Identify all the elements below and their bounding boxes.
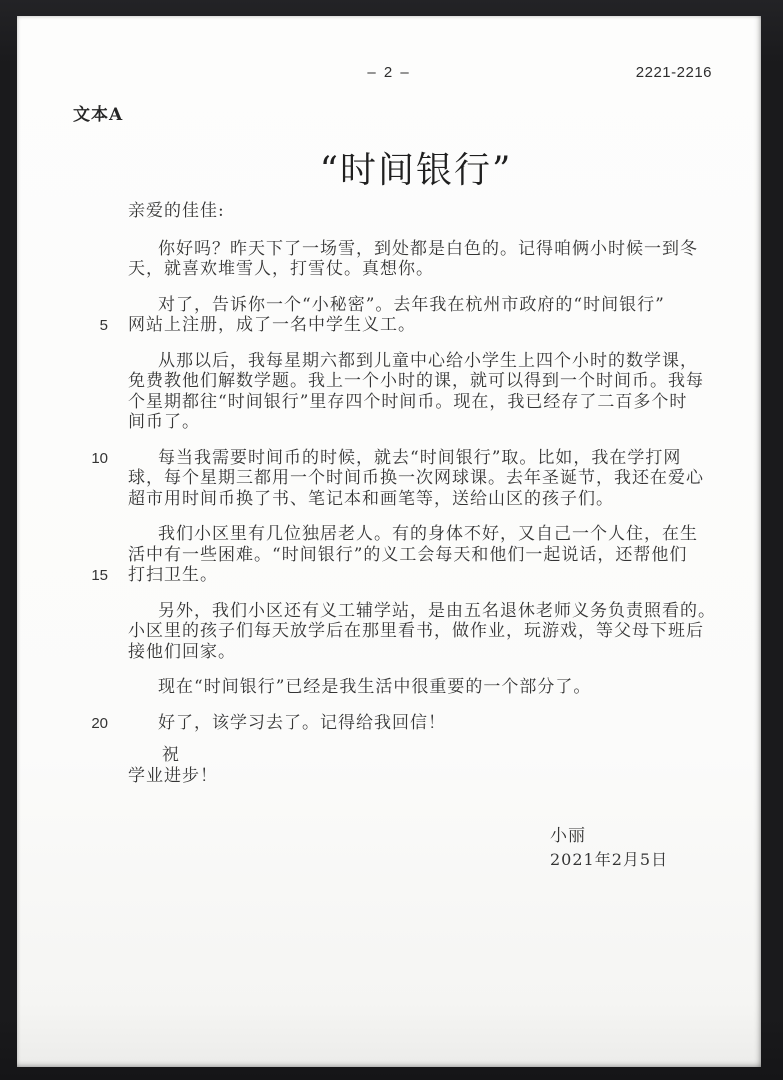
letter-line: 接他们回家。: [128, 642, 708, 663]
letter-line: 我们小区里有几位独居老人。有的身体不好，又自己一个人住，在生: [128, 524, 708, 545]
margin-line-number: 20: [84, 714, 108, 735]
signature-block: 小丽 2021年2月5日: [550, 825, 668, 871]
letter-paragraph: 现在“时间银行”已经是我生活中很重要的一个部分了。: [128, 677, 708, 698]
letter-line: 球，每个星期三都用一个时间币换一次网球课。去年圣诞节，我还在爱心: [128, 468, 708, 489]
letter-line: 另外，我们小区还有义工辅学站，是由五名退休老师义务负责照看的。: [128, 601, 708, 622]
letter-paragraph: 我们小区里有几位独居老人。有的身体不好，又自己一个人住，在生活中有一些困难。“时…: [128, 524, 708, 586]
letter-greeting: 亲爱的佳佳:: [128, 201, 708, 222]
section-label: 文本A: [73, 100, 123, 125]
letter-paragraph: 你好吗？昨天下了一场雪，到处都是白色的。记得咱俩小时候一到冬天，就喜欢堆雪人，打…: [128, 239, 708, 280]
letter-title: “时间银行”: [17, 142, 761, 193]
letter-paragraph: 每当我需要时间币的时候，就去“时间银行”取。比如，我在学打网10球，每个星期三都…: [128, 448, 708, 510]
letter-paragraph: 另外，我们小区还有义工辅学站，是由五名退休老师义务负责照看的。小区里的孩子们每天…: [128, 601, 708, 663]
margin-line-number: 15: [84, 566, 108, 587]
letter-line: 小区里的孩子们每天放学后在那里看书，做作业，玩游戏，等父母下班后: [128, 621, 708, 642]
letter-line: 现在“时间银行”已经是我生活中很重要的一个部分了。: [128, 677, 708, 698]
letter-line: 每当我需要时间币的时候，就去“时间银行”取。比如，我在学打网10: [128, 448, 708, 469]
letter-paragraph: 对了，告诉你一个“小秘密”。去年我在杭州市政府的“时间银行”网站上注册，成了一名…: [128, 295, 708, 336]
photo-background: – 2 – 2221-2216 文本A “时间银行” 亲爱的佳佳: 你好吗？昨天…: [0, 0, 783, 1080]
letter-line: 超市用时间币换了书、笔记本和画笔等，送给山区的孩子们。: [128, 489, 708, 510]
exam-page: – 2 – 2221-2216 文本A “时间银行” 亲爱的佳佳: 你好吗？昨天…: [17, 16, 761, 1067]
closing-salute: 祝: [128, 745, 708, 766]
letter-line: 网站上注册，成了一名中学生义工。5: [128, 315, 708, 336]
letter-line: 对了，告诉你一个“小秘密”。去年我在杭州市政府的“时间银行”: [128, 295, 708, 316]
closing-wish: 学业进步！: [128, 766, 708, 787]
letter-line: 打扫卫生。15: [128, 565, 708, 586]
letter-line: 天，就喜欢堆雪人，打雪仗。真想你。: [128, 259, 708, 280]
margin-line-number: 5: [84, 316, 108, 337]
letter-paragraph: 从那以后，我每星期六都到儿童中心给小学生上四个小时的数学课，免费教他们解数学题。…: [128, 351, 708, 433]
letter-body: 亲爱的佳佳: 你好吗？昨天下了一场雪，到处都是白色的。记得咱俩小时候一到冬天，就…: [128, 201, 708, 786]
letter-line: 间币了。: [128, 412, 708, 433]
doc-code: 2221-2216: [636, 64, 712, 81]
letter-line: 你好吗？昨天下了一场雪，到处都是白色的。记得咱俩小时候一到冬: [128, 239, 708, 260]
signature-date: 2021年2月5日: [550, 848, 668, 871]
letter-line: 个星期都往“时间银行”里存四个时间币。现在，我已经存了二百多个时: [128, 392, 708, 413]
letter-line: 活中有一些困难。“时间银行”的义工会每天和他们一起说话，还帮他们: [128, 545, 708, 566]
letter-line: 免费教他们解数学题。我上一个小时的课，就可以得到一个时间币。我每: [128, 371, 708, 392]
letter-line: 好了，该学习去了。记得给我回信！20: [128, 713, 708, 734]
letter-closing: 祝 学业进步！: [128, 745, 708, 786]
letter-paragraph: 好了，该学习去了。记得给我回信！20: [128, 713, 708, 734]
margin-line-number: 10: [84, 449, 108, 470]
signature-name: 小丽: [550, 825, 668, 848]
letter-paragraphs: 你好吗？昨天下了一场雪，到处都是白色的。记得咱俩小时候一到冬天，就喜欢堆雪人，打…: [128, 239, 708, 734]
letter-line: 从那以后，我每星期六都到儿童中心给小学生上四个小时的数学课，: [128, 351, 708, 372]
